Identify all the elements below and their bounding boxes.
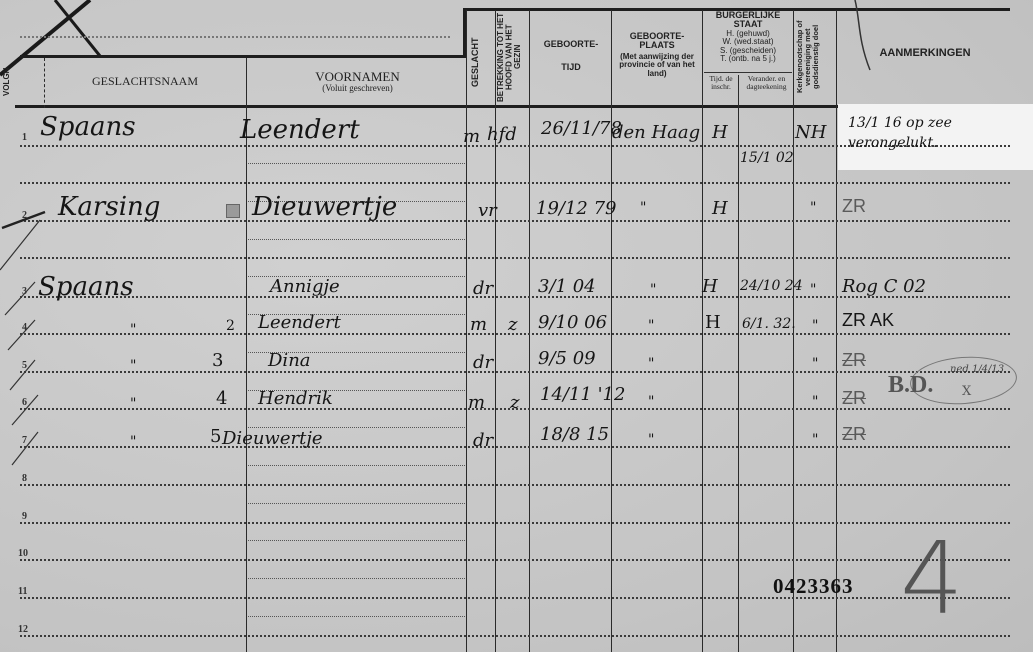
cell-aanmerking: ZR [842,388,866,409]
cell-voornaam: Leendert [240,115,360,145]
voornamen-subline [248,465,465,466]
cell-geboortedatum: 18/8 15 [540,424,609,445]
cell-kerk: " [812,318,818,334]
header-geslacht: GESLACHT [471,25,480,100]
cell-achternaam: Spaans [40,112,136,142]
row-number: 12 [18,624,28,635]
voornamen-subline [248,540,465,541]
cell-aanmerking: 13/1 16 op zee verongelukt. [848,114,998,153]
header-betrekking: BETREKKING TOT HET HOOFD VAN HET GEZIN [497,12,527,102]
row-rule-10 [20,559,1010,561]
row-number: 1 [22,132,27,143]
cell-aanmerking: ZR [842,350,866,371]
cell-voornaam: Dieuwertje [222,428,323,449]
cell-staat: H [712,198,728,219]
header-geboortetijd: GEBOORTE- TIJD [531,40,611,73]
cell-aanmerking: ZR AK [842,310,894,331]
col-divider-betrekking [495,10,496,652]
col-divider-geboortetijd [529,10,530,652]
stamp-bd: B.D. [888,372,933,399]
registration-card: VOLGN GESLACHTSNAAM VOORNAMEN (Voluit ge… [0,0,1033,652]
row-rule-9 [20,522,1010,524]
cell-geboortedatum: 3/1 04 [538,276,596,297]
col-divider-aanmerkingen [836,10,837,652]
cell-geboorteplaats: " [648,356,654,372]
cell-geboortedatum: 9/5 09 [538,348,596,369]
cell-geboortedatum: 9/10 06 [538,312,607,333]
staat-sub-rule [704,72,792,73]
cell-voornaam: Dieuwertje [252,192,397,222]
stamp-note: ned 1/4/13 [950,364,1004,375]
voornamen-subline [248,503,465,504]
cell-voornaam: Annigje [270,276,340,297]
row-rule-2 [20,220,1010,222]
header-voornamen: VOORNAMEN (Voluit geschreven) [250,70,465,93]
child-marker-3: 3 [212,350,223,371]
cell-staat-wijziging: 15/1 02 [740,150,794,166]
row-rule-11 [20,597,1010,599]
cell-aanmerking: Rog C 02 [842,276,926,297]
child-marker-2: 2 [226,318,235,334]
voornamen-subline [248,239,465,240]
col-divider-voornamen [246,58,247,652]
cell-geboorteplaats: " [650,282,656,298]
cell-geslacht: m [468,392,485,413]
cell-betrekking: z [510,392,519,413]
serial-number: 0423363 [773,574,854,599]
col-divider-staat [702,10,703,652]
cell-voornaam: Leendert [258,312,341,333]
col-divider-geslacht [466,10,467,652]
header-geslachtsnaam: GESLACHTSNAAM [60,75,230,88]
row-rule-1b [20,182,1010,184]
row-rule-7 [20,446,1010,448]
cell-geboorteplaats: " [648,432,654,448]
cell-staat-wijziging: 6/1. 32. [742,316,796,332]
cell-betrekking: dr [473,278,493,299]
row-rule-8 [20,484,1010,486]
header-verandering: Verander. en dagteekening [740,75,793,91]
cell-kerk: " [812,394,818,410]
cell-kerk: " [812,432,818,448]
cell-betrekking: dr [473,352,493,373]
cell-staat: H [712,122,728,143]
stamp-x-mark: X [962,384,971,399]
row-rule-5 [20,371,1010,373]
header-tijd-inschrijving: Tijd. de inschr. [704,75,738,91]
cell-geboorteplaats: " [640,200,646,216]
cell-aanmerking: ZR [842,424,866,445]
cell-kerk: NH [795,122,826,143]
cell-geboortedatum: 26/11/78 [541,118,622,139]
cell-betrekking: hfd [487,124,517,145]
cell-betrekking: vr [478,200,497,221]
voornamen-subline [248,578,465,579]
cell-geboortedatum: 19/12 79 [536,198,617,219]
cell-geboorteplaats: den Haag [612,122,700,143]
col-divider-volgnr [44,58,45,108]
cell-staat: H [702,276,718,297]
child-marker-5: 5 [210,426,221,447]
col-divider-verandering [738,75,739,652]
cell-achternaam: Karsing [58,192,160,222]
row-number: 11 [18,586,27,597]
pencil-stroke [850,0,890,75]
cell-geboorteplaats: " [648,318,654,334]
cell-kerk: " [810,282,816,298]
header-kerkgenootschap: Kerkgenootschap of vereeniging met godsd… [796,12,834,102]
cell-geboortedatum: 14/11 '12 [540,384,625,405]
row-rule-2b [20,257,1010,259]
cell-voornaam: Dina [268,350,311,371]
cell-achternaam: " [130,434,136,450]
child-marker-box [226,204,240,218]
pencil-number-mark: 4 [900,520,964,637]
header-top-rule-left [20,55,465,58]
col-divider-geboorteplaats [611,10,612,652]
cell-aanmerking: ZR [842,196,866,217]
row-slash-marks [0,200,50,480]
cell-voornaam: Hendrik [258,388,333,409]
cell-achternaam: Spaans [38,272,134,302]
header-volgnummer: VOLGN [3,62,11,102]
cell-geslacht: m [463,126,480,147]
cell-geboorteplaats: " [648,394,654,410]
cell-staat: H [705,312,721,333]
voornamen-subline [248,163,465,164]
header-geboorteplaats: GEBOORTE- PLAATS (Met aanwijzing der pro… [613,32,701,78]
top-dotted-rule [20,36,450,38]
cell-achternaam: " [130,322,136,338]
cell-kerk: " [812,356,818,372]
row-number: 10 [18,548,28,559]
voornamen-subline [248,616,465,617]
cell-achternaam: " [130,396,136,412]
cell-betrekking: z [508,314,517,335]
cell-achternaam: " [130,358,136,374]
cell-betrekking: dr [473,430,493,451]
header-burgerlijke-staat: BURGERLIJKE STAAT H. (gehuwd) W. (wed.st… [704,11,792,63]
cell-kerk: " [810,200,816,216]
row-number: 9 [22,511,27,522]
row-rule-12 [20,635,1010,637]
cell-staat-wijziging: 24/10 24 [740,278,803,294]
child-marker-4: 4 [216,388,227,409]
cell-geslacht: m [470,314,487,335]
